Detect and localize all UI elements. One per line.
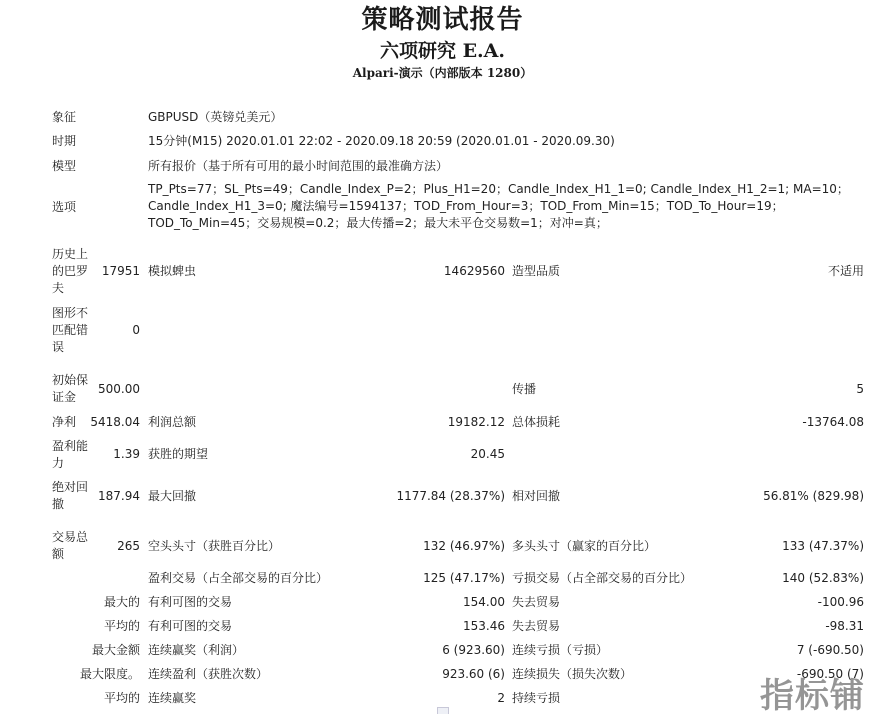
abs-drawdown-value: 187.94 bbox=[90, 488, 140, 504]
rel-drawdown-label: 相对回撤 bbox=[512, 488, 560, 504]
stats-right-value: 7 (-690.50) bbox=[740, 642, 864, 658]
abs-drawdown-label: 绝对回撤 bbox=[52, 479, 92, 513]
mismatch-label: 图形不匹配错误 bbox=[52, 305, 92, 356]
max-drawdown-value: 1177.84 (28.37%) bbox=[380, 488, 505, 504]
profit-factor-label: 盈利能力 bbox=[52, 438, 92, 472]
ticks-value: 14629560 bbox=[400, 263, 505, 279]
stats-left-value: 2 bbox=[380, 690, 505, 706]
period-value: 15分钟(M15) 2020.01.01 22:02 - 2020.09.18 … bbox=[148, 133, 615, 149]
gross-loss-value: -13764.08 bbox=[760, 414, 864, 430]
stats-prefix: 最大金额 bbox=[40, 642, 140, 658]
stats-left-label: 有利可图的交易 bbox=[148, 594, 232, 610]
short-positions-label: 空头头寸（获胜百分比） bbox=[148, 538, 280, 554]
long-positions-label: 多头头寸（赢家的百分比） bbox=[512, 538, 656, 554]
gross-loss-label: 总体损耗 bbox=[512, 414, 560, 430]
loss-trades-label: 亏损交易（占全部交易的百分比） bbox=[512, 570, 692, 586]
stats-prefix: 平均的 bbox=[40, 690, 140, 706]
stats-left-label: 连续盈利（获胜次数） bbox=[148, 666, 268, 682]
max-drawdown-label: 最大回撤 bbox=[148, 488, 196, 504]
stats-right-label: 失去贸易 bbox=[512, 618, 560, 634]
stats-left-label: 连续赢奖（利润） bbox=[148, 642, 244, 658]
net-profit-label: 净利 bbox=[52, 414, 76, 430]
model-label: 模型 bbox=[52, 158, 76, 174]
bars-value: 17951 bbox=[90, 263, 140, 279]
gross-profit-value: 19182.12 bbox=[400, 414, 505, 430]
period-label: 时期 bbox=[52, 133, 76, 149]
stats-prefix: 最大的 bbox=[40, 594, 140, 610]
stats-left-value: 154.00 bbox=[380, 594, 505, 610]
total-trades-value: 265 bbox=[90, 538, 140, 554]
symbol-value: GBPUSD（英镑兑美元） bbox=[148, 109, 282, 125]
stats-right-label: 失去贸易 bbox=[512, 594, 560, 610]
report-title: 策略测试报告 bbox=[0, 2, 885, 38]
gross-profit-label: 利润总额 bbox=[148, 414, 196, 430]
stats-left-label: 连续赢奖 bbox=[148, 690, 196, 706]
symbol-label: 象征 bbox=[52, 109, 76, 125]
mismatch-value: 0 bbox=[90, 322, 140, 338]
report-header: 策略测试报告 六项研究 E.A. Alpari-演示（内部版本 1280） bbox=[0, 0, 885, 82]
deposit-value: 500.00 bbox=[90, 381, 140, 397]
spread-value: 5 bbox=[760, 381, 864, 397]
long-positions-value: 133 (47.37%) bbox=[740, 538, 864, 554]
net-profit-value: 5418.04 bbox=[90, 414, 140, 430]
stats-right-label: 持续亏损 bbox=[512, 690, 560, 706]
options-label: 选项 bbox=[52, 199, 76, 215]
image-placeholder-icon bbox=[437, 707, 449, 714]
watermark: 指标铺 bbox=[760, 668, 865, 714]
ticks-label: 模拟蜱虫 bbox=[148, 263, 196, 279]
short-positions-value: 132 (46.97%) bbox=[380, 538, 505, 554]
bars-label: 历史上的巴罗夫 bbox=[52, 246, 92, 297]
profit-factor-value: 1.39 bbox=[90, 446, 140, 462]
expected-payoff-label: 获胜的期望 bbox=[148, 446, 208, 462]
stats-right-value: -100.96 bbox=[740, 594, 864, 610]
profit-trades-value: 125 (47.17%) bbox=[380, 570, 505, 586]
stats-prefix: 最大限度。 bbox=[40, 666, 140, 682]
quality-label: 造型品质 bbox=[512, 263, 560, 279]
stats-right-label: 连续损失（损失次数） bbox=[512, 666, 632, 682]
options-value: TP_Pts=77；SL_Pts=49；Candle_Index_P=2；Plu… bbox=[148, 181, 868, 232]
stats-right-label: 连续亏损（亏损） bbox=[512, 642, 608, 658]
total-trades-label: 交易总额 bbox=[52, 529, 92, 563]
expected-payoff-value: 20.45 bbox=[400, 446, 505, 462]
quality-value: 不适用 bbox=[760, 263, 864, 279]
deposit-label: 初始保证金 bbox=[52, 372, 92, 406]
stats-left-label: 有利可图的交易 bbox=[148, 618, 232, 634]
rel-drawdown-value: 56.81% (829.98) bbox=[740, 488, 864, 504]
model-value: 所有报价（基于所有可用的最小时间范围的最准确方法） bbox=[148, 158, 448, 174]
stats-left-value: 923.60 (6) bbox=[380, 666, 505, 682]
ea-name: 六项研究 E.A. bbox=[0, 38, 885, 64]
stats-prefix: 平均的 bbox=[40, 618, 140, 634]
server-info: Alpari-演示（内部版本 1280） bbox=[0, 64, 885, 82]
stats-right-value: -98.31 bbox=[740, 618, 864, 634]
stats-left-value: 6 (923.60) bbox=[380, 642, 505, 658]
profit-trades-label: 盈利交易（占全部交易的百分比） bbox=[148, 570, 328, 586]
spread-label: 传播 bbox=[512, 381, 536, 397]
loss-trades-value: 140 (52.83%) bbox=[740, 570, 864, 586]
stats-left-value: 153.46 bbox=[380, 618, 505, 634]
